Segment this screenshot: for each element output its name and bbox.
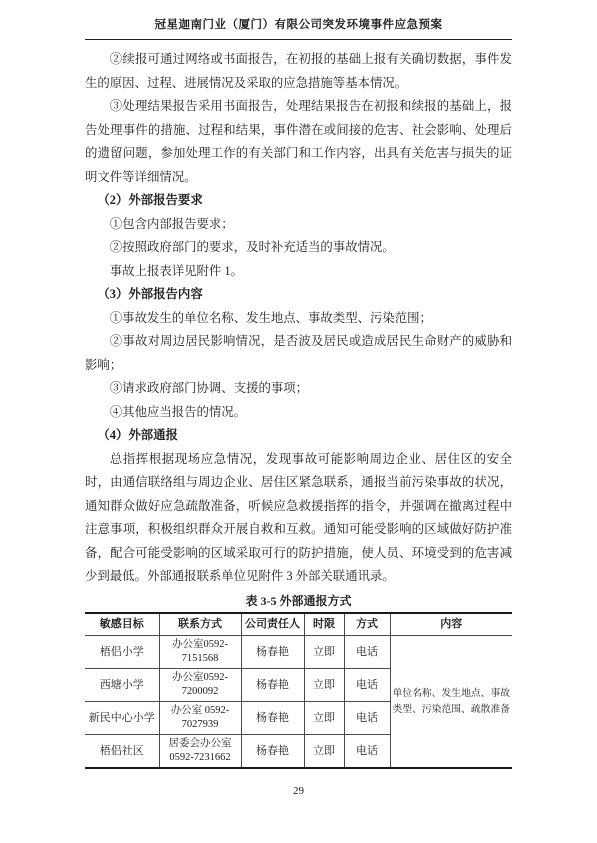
cell-sensitive-target: 梧侣小学 — [85, 636, 159, 669]
paragraph-continued-report: ②续报可通过网络或书面报告，在初报的基础上报有关确切数据，事件发生的原因、过程、… — [85, 48, 512, 95]
col-header-company-responsible: 公司责任人 — [241, 613, 304, 636]
document-header-title: 冠星迦南门业（厦门）有限公司突发环境事件应急预案 — [85, 16, 512, 40]
col-header-content: 内容 — [390, 613, 512, 636]
cell-contact-method: 居委会办公室 0592-7231662 — [159, 735, 241, 769]
cell-method: 电话 — [344, 636, 390, 669]
table-row: 梧侣小学 办公室0592- 7151568 杨春艳 立即 电话 单位名称、发生地… — [85, 636, 512, 669]
col-header-contact-method: 联系方式 — [159, 613, 241, 636]
cell-method: 电话 — [344, 702, 390, 735]
cell-time-limit: 立即 — [304, 702, 344, 735]
cell-company-responsible: 杨春艳 — [241, 702, 304, 735]
cell-contact-method: 办公室 0592- 7027939 — [159, 702, 241, 735]
paragraph-content-4: ④其他应当报告的情况。 — [85, 401, 512, 425]
cell-time-limit: 立即 — [304, 636, 344, 669]
col-header-time-limit: 时限 — [304, 613, 344, 636]
document-content: ②续报可通过网络或书面报告，在初报的基础上报有关确切数据，事件发生的原因、过程、… — [85, 48, 512, 769]
cell-sensitive-target: 梧侣社区 — [85, 735, 159, 769]
paragraph-requirement-2: ②按照政府部门的要求，及时补充适当的事故情况。 — [85, 236, 512, 260]
heading-external-report-requirements: （2）外部报告要求 — [85, 189, 512, 213]
paragraph-external-notification-detail: 总指挥根据现场应急情况，发现事故可能影响周边企业、居住区的安全时，由通信联络组与… — [85, 448, 512, 589]
page-number: 29 — [293, 785, 304, 797]
heading-external-report-content: （3）外部报告内容 — [85, 283, 512, 307]
col-header-method: 方式 — [344, 613, 390, 636]
cell-content-merged: 单位名称、发生地点、事故 类型、污染范围、疏散准备 — [390, 636, 512, 769]
external-notification-table: 敏感目标 联系方式 公司责任人 时限 方式 内容 梧侣小学 办公室0592- 7… — [85, 612, 512, 770]
paragraph-result-report: ③处理结果报告采用书面报告，处理结果报告在初报和续报的基础上，报告处理事件的措施… — [85, 95, 512, 189]
paragraph-content-3: ③请求政府部门协调、支援的事项； — [85, 377, 512, 401]
heading-external-notification: （4）外部通报 — [85, 424, 512, 448]
cell-sensitive-target: 西塘小学 — [85, 669, 159, 702]
page-header: 冠星迦南门业（厦门）有限公司突发环境事件应急预案 — [85, 16, 512, 40]
cell-company-responsible: 杨春艳 — [241, 669, 304, 702]
cell-sensitive-target: 新民中心小学 — [85, 702, 159, 735]
cell-time-limit: 立即 — [304, 669, 344, 702]
cell-contact-method: 办公室0592- 7151568 — [159, 636, 241, 669]
cell-method: 电话 — [344, 669, 390, 702]
table-header-row: 敏感目标 联系方式 公司责任人 时限 方式 内容 — [85, 613, 512, 636]
cell-contact-method: 办公室0592- 7200092 — [159, 669, 241, 702]
paragraph-content-1: ①事故发生的单位名称、发生地点、事故类型、污染范围； — [85, 307, 512, 331]
cell-company-responsible: 杨春艳 — [241, 735, 304, 769]
page-footer: 29 — [0, 785, 597, 797]
cell-time-limit: 立即 — [304, 735, 344, 769]
col-header-sensitive-target: 敏感目标 — [85, 613, 159, 636]
document-page: 冠星迦南门业（厦门）有限公司突发环境事件应急预案 ②续报可通过网络或书面报告，在… — [0, 0, 597, 843]
cell-company-responsible: 杨春艳 — [241, 636, 304, 669]
paragraph-requirement-1: ①包含内部报告要求； — [85, 213, 512, 237]
paragraph-content-2: ②事故对周边居民影响情况，是否波及居民或造成居民生命财产的威胁和影响； — [85, 330, 512, 377]
table-caption: 表 3-5 外部通报方式 — [85, 590, 512, 612]
cell-method: 电话 — [344, 735, 390, 769]
paragraph-attachment-note: 事故上报表详见附件 1。 — [85, 260, 512, 284]
